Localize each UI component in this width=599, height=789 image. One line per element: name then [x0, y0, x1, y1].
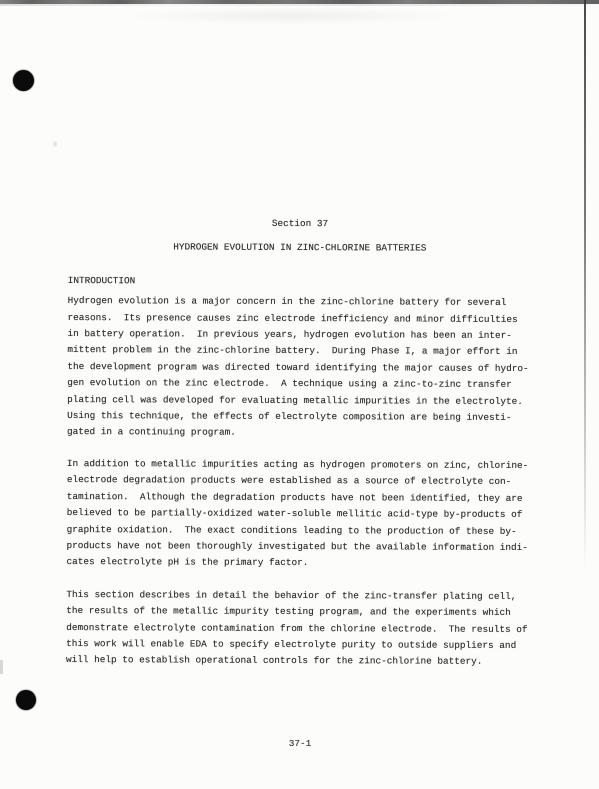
scan-right-edge-artifact: [584, 0, 586, 570]
punch-hole-top: [13, 70, 34, 91]
scan-left-edge-mark: [0, 660, 3, 674]
section-heading: INTRODUCTION: [68, 273, 532, 291]
scan-smudge: [120, 7, 460, 25]
section-label: Section 37: [68, 215, 532, 233]
paragraph-introduction-1: Hydrogen evolution is a major concern in…: [67, 293, 532, 443]
scan-top-edge-artifact: [0, 0, 599, 4]
document-content: Section 37 HYDROGEN EVOLUTION IN ZINC-CH…: [66, 215, 532, 671]
punch-hole-bottom: [16, 690, 36, 710]
document-title: HYDROGEN EVOLUTION IN ZINC-CHLORINE BATT…: [68, 239, 532, 257]
scanned-document-page: Section 37 HYDROGEN EVOLUTION IN ZINC-CH…: [0, 0, 599, 789]
paragraph-introduction-2: In addition to metallic impurities actin…: [66, 456, 530, 573]
scan-speck: [52, 140, 58, 148]
paragraph-introduction-3: This section describes in detail the beh…: [66, 587, 530, 671]
page-number: 37-1: [68, 739, 532, 749]
